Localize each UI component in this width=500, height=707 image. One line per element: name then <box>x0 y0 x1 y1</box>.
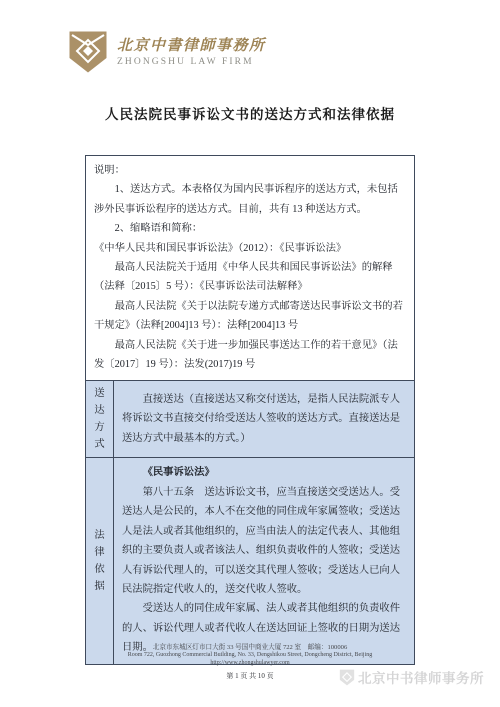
notes-paragraph: 《中华人民共和国民事诉讼法》（2012）：《民事诉讼法》 <box>94 239 406 258</box>
page-title: 人民法院民事诉讼文书的送达方式和法律依据 <box>0 103 500 123</box>
legal-basis-label: 法律依据 <box>86 458 114 664</box>
legal-basis-paragraph: 第八十五条 送达诉讼文书，应当直接送交受送达人。受送达人是公民的，本人不在交他的… <box>122 483 406 599</box>
page-footer: 北京市东城区灯市口大街 33 号国中商业大厦 722 室 邮编：100006 R… <box>0 644 500 667</box>
notes-paragraph: 1、送达方式。本表格仅为国内民事诉程序的送达方式，未包括涉外民事诉讼程序的送达方… <box>94 180 406 219</box>
footer-website-url: http://www.zhongshulawyer.com <box>0 660 500 668</box>
firm-name-english: ZHONGSHU LAW FIRM <box>117 57 266 67</box>
table-row-delivery-method: 送达方式 直接送达（直接送达又称交付送达，是指人民法院派专人将诉讼文书直接交付给… <box>86 381 415 458</box>
legal-basis-heading: 《民事诉讼法》 <box>122 463 406 482</box>
notes-label: 说明： <box>94 161 406 180</box>
notes-paragraph: 2、缩略语和简称： <box>94 219 406 238</box>
table-row-legal-basis: 法律依据 《民事诉讼法》 第八十五条 送达诉讼文书，应当直接送交受送达人。受送达… <box>86 458 415 664</box>
zhongshu-logo-faint-icon <box>339 669 355 686</box>
footer-address-english: Room 722, Guozhong Commercial Building, … <box>0 652 500 660</box>
delivery-method-label: 送达方式 <box>86 381 114 458</box>
table-row-notes: 说明： 1、送达方式。本表格仅为国内民事诉程序的送达方式，未包括涉外民事诉讼程序… <box>86 156 415 381</box>
firm-header: 北京中書律師事務所 ZHONGSHU LAW FIRM <box>68 30 266 74</box>
shield-diamond-logo-icon <box>68 30 108 74</box>
legal-basis-content: 《民事诉讼法》 第八十五条 送达诉讼文书，应当直接送交受送达人。受送达人是公民的… <box>114 458 415 664</box>
firm-watermark-text: 北京中书律师事务所 <box>358 667 484 687</box>
notes-paragraph: 最高人民法院关于适用《中华人民共和国民事诉讼法》的解释（法释〔2015〕5 号）… <box>94 258 406 297</box>
notes-paragraph: 最高人民法院《关于进一步加强民事送达工作的若干意见》（法发〔2017〕19 号）… <box>94 336 406 375</box>
firm-name-block: 北京中書律師事務所 ZHONGSHU LAW FIRM <box>117 37 266 67</box>
firm-watermark: 北京中书律师事务所 <box>339 667 484 687</box>
delivery-methods-table: 说明： 1、送达方式。本表格仅为国内民事诉程序的送达方式，未包括涉外民事诉讼程序… <box>85 155 415 665</box>
delivery-method-content: 直接送达（直接送达又称交付送达，是指人民法院派专人将诉讼文书直接交付给受送达人签… <box>114 381 415 458</box>
notes-paragraph: 最高人民法院《关于以法院专递方式邮寄送达民事诉讼文书的若干规定》（法释[2004… <box>94 297 406 336</box>
notes-cell: 说明： 1、送达方式。本表格仅为国内民事诉程序的送达方式，未包括涉外民事诉讼程序… <box>86 156 415 381</box>
firm-name-chinese: 北京中書律師事務所 <box>117 37 266 55</box>
footer-address-chinese: 北京市东城区灯市口大街 33 号国中商业大厦 722 室 邮编：100006 <box>0 644 500 652</box>
delivery-method-text: 直接送达（直接送达又称交付送达，是指人民法院派专人将诉讼文书直接交付给受送达人签… <box>122 390 406 448</box>
document-page: 北京中書律師事務所 ZHONGSHU LAW FIRM 人民法院民事诉讼文书的送… <box>0 0 500 707</box>
